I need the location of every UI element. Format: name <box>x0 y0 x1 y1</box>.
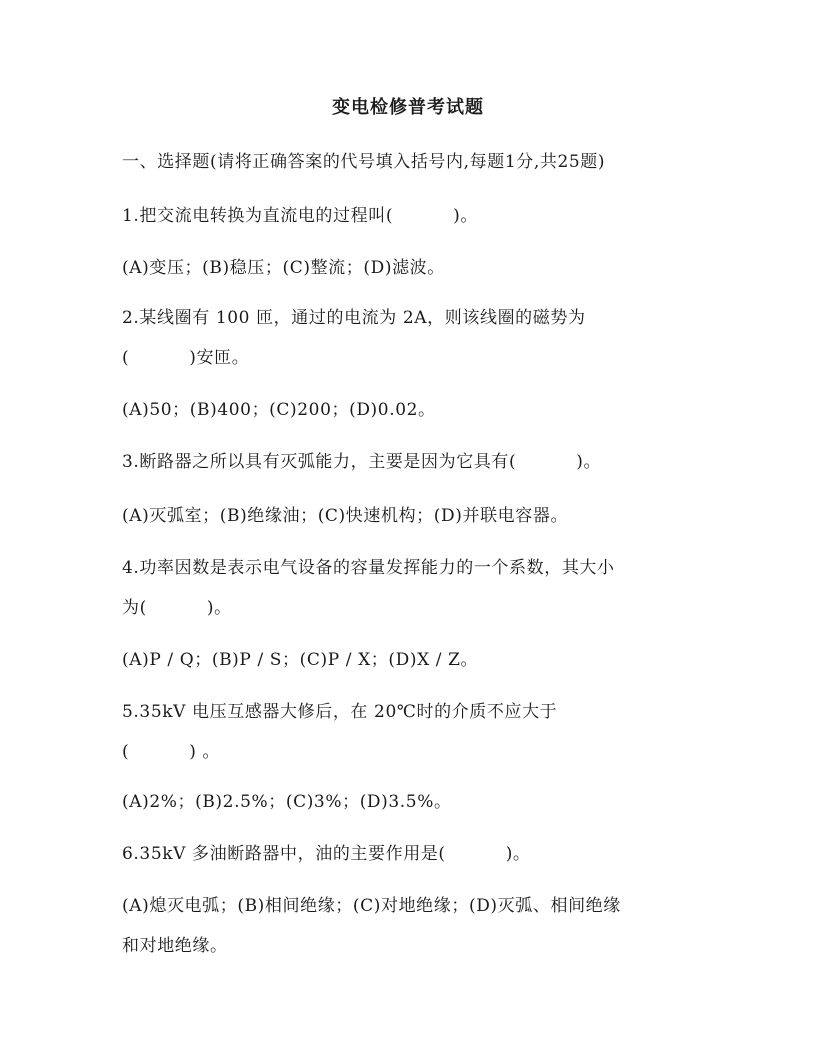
question-3-options: (A)灭弧室；(B)绝缘油；(C)快速机构；(D)并联电容器。 <box>122 504 568 528</box>
section-heading: 一、选择题(请将正确答案的代号填入括号内,每题1分,共25题) <box>122 150 605 174</box>
page-title: 变电检修普考试题 <box>0 96 816 120</box>
question-6-options: (A)熄灭电弧；(B)相间绝缘；(C)对地绝缘；(D)灭弧、相间绝缘 <box>122 894 621 918</box>
question-2-options: (A)50；(B)400；(C)200；(D)0.02。 <box>122 398 436 422</box>
question-1-stem: 1.把交流电转换为直流电的过程叫( )。 <box>122 204 478 228</box>
question-2-stem: 2.某线圈有 100 匝，通过的电流为 2A，则该线圈的磁势为 <box>122 306 586 330</box>
question-3-stem: 3.断路器之所以具有灭弧能力，主要是因为它具有( )。 <box>122 450 601 474</box>
document-page: 变电检修普考试题 一、选择题(请将正确答案的代号填入括号内,每题1分,共25题)… <box>0 0 816 1056</box>
question-5-stem-cont: ( ) 。 <box>122 740 220 764</box>
question-4-options: (A)P / Q；(B)P / S；(C)P / X；(D)X / Z。 <box>122 648 478 672</box>
question-4-stem: 4.功率因数是表示电气设备的容量发挥能力的一个系数，其大小 <box>122 556 615 580</box>
question-4-stem-cont: 为( )。 <box>122 596 232 620</box>
question-1-options: (A)变压；(B)稳压；(C)整流；(D)滤波。 <box>122 256 445 280</box>
question-5-options: (A)2%；(B)2.5%；(C)3%；(D)3.5%。 <box>122 790 452 814</box>
question-2-stem-cont: ( )安匝。 <box>122 346 249 370</box>
question-5-stem: 5.35kV 电压互感器大修后，在 20℃时的介质不应大于 <box>122 700 557 724</box>
question-6-options-cont: 和对地绝缘。 <box>122 934 228 958</box>
question-6-stem: 6.35kV 多油断路器中，油的主要作用是( )。 <box>122 842 531 866</box>
